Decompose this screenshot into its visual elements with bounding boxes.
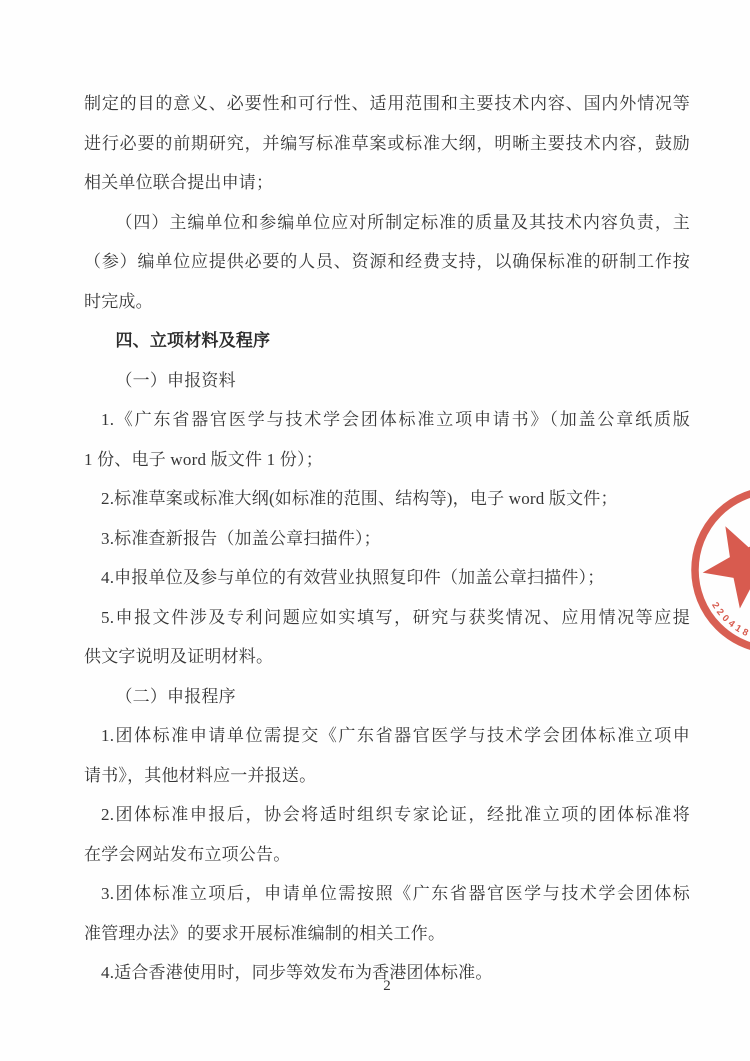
subsection-heading-line: （二）申报程序 bbox=[84, 677, 690, 717]
text-line: 4.申报单位及参与单位的有效营业执照复印件（加盖公章扫描件）； bbox=[84, 558, 690, 598]
text-line: 制定的目的意义、必要性和可行性、适用范围和主要技术内容、国内外情况等 bbox=[84, 84, 690, 124]
text-line: （四）主编单位和参编单位应对所制定标准的质量及其技术内容负责，主 bbox=[84, 203, 690, 243]
seal-serial-number: 2204188 bbox=[709, 600, 750, 642]
official-seal-stamp: 广东省器官医学与技术学会 2204188 bbox=[688, 482, 750, 658]
section-heading-line: 四、立项材料及程序 bbox=[84, 321, 690, 361]
text-line: （参）编单位应提供必要的人员、资源和经费支持，以确保标准的研制工作按 bbox=[84, 242, 690, 282]
text-line: 3.标准查新报告（加盖公章扫描件）； bbox=[84, 519, 690, 559]
seal-ring bbox=[695, 490, 750, 650]
document-text-block: 制定的目的意义、必要性和可行性、适用范围和主要技术内容、国内外情况等 进行必要的… bbox=[84, 84, 690, 993]
text-line: 进行必要的前期研究，并编写标准草案或标准大纲，明晰主要技术内容，鼓励 bbox=[84, 124, 690, 164]
document-page: 制定的目的意义、必要性和可行性、适用范围和主要技术内容、国内外情况等 进行必要的… bbox=[0, 0, 750, 1061]
seal-ring-text: 广东省器官医学与技术学会 bbox=[698, 619, 750, 658]
text-line: 5.申报文件涉及专利问题应如实填写，研究与获奖情况、应用情况等应提 bbox=[84, 598, 690, 638]
text-line: 3.团体标准立项后，申请单位需按照《广东省器官医学与技术学会团体标 bbox=[84, 874, 690, 914]
page-number: 2 bbox=[84, 978, 690, 995]
star-icon bbox=[695, 518, 750, 614]
text-line: 在学会网站发布立项公告。 bbox=[84, 835, 690, 875]
text-line: 2.团体标准申报后，协会将适时组织专家论证，经批准立项的团体标准将 bbox=[84, 795, 690, 835]
text-line: 时完成。 bbox=[84, 282, 690, 322]
text-line: 请书》，其他材料应一并报送。 bbox=[84, 756, 690, 796]
text-line: 1 份、电子 word 版文件 1 份）； bbox=[84, 440, 690, 480]
text-line: 1.团体标准申请单位需提交《广东省器官医学与技术学会团体标准立项申 bbox=[84, 716, 690, 756]
text-line: 准管理办法》的要求开展标准编制的相关工作。 bbox=[84, 914, 690, 954]
subsection-heading-line: （一）申报资料 bbox=[84, 361, 690, 401]
text-line: 供文字说明及证明材料。 bbox=[84, 637, 690, 677]
text-line: 1.《广东省器官医学与技术学会团体标准立项申请书》（加盖公章纸质版 bbox=[84, 400, 690, 440]
text-line: 2.标准草案或标准大纲(如标准的范围、结构等)，电子 word 版文件； bbox=[84, 479, 690, 519]
text-line: 相关单位联合提出申请； bbox=[84, 163, 690, 203]
